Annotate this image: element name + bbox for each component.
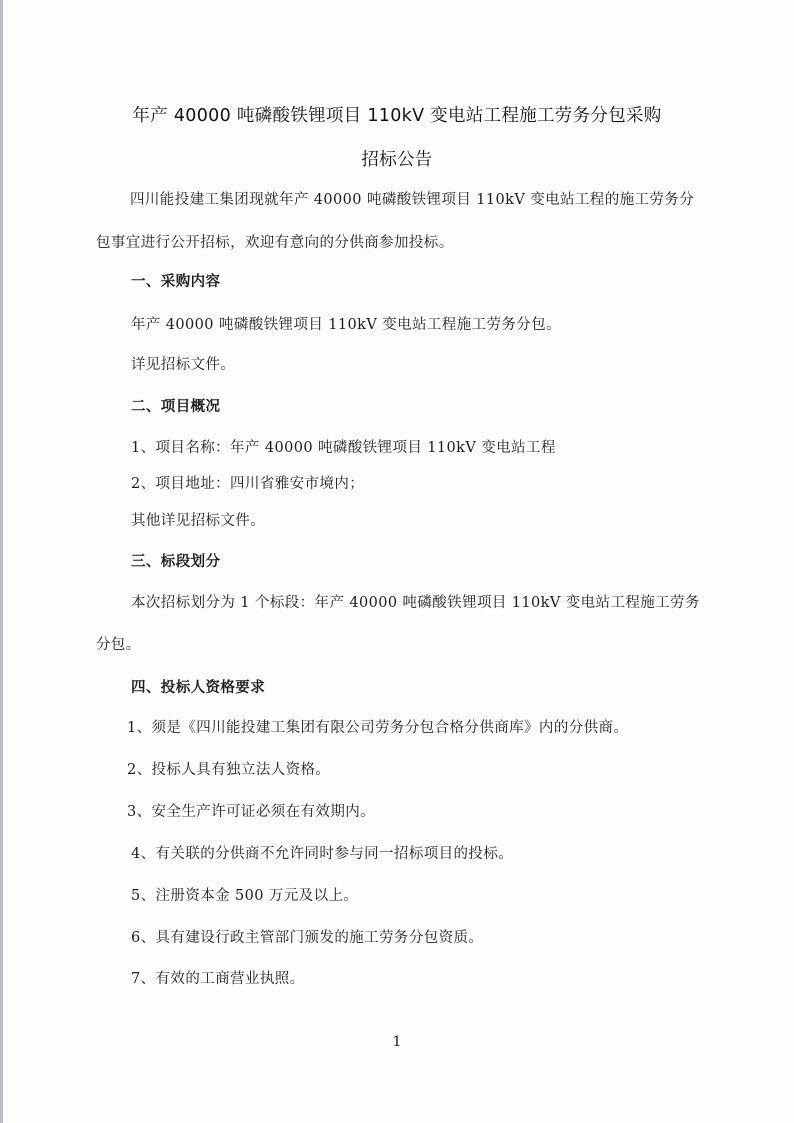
section-3-line-2: 分包。 [96, 633, 141, 654]
section-heading-lot-division: 三、标段划分 [131, 550, 220, 571]
section-2-line-2: 2、项目地址：四川省雅安市境内； [131, 472, 364, 493]
qualification-item-1: 1、须是《四川能投建工集团有限公司劳务分包合格分供商库》内的分供商。 [127, 716, 628, 737]
qualification-item-4: 4、有关联的分供商不允许同时参与同一招标项目的投标。 [131, 842, 513, 863]
intro-paragraph-line-1: 四川能投建工集团现就年产 40000 吨磷酸铁锂项目 110kV 变电站工程的施… [130, 188, 694, 209]
qualification-item-3: 3、安全生产许可证必须在有效期内。 [127, 800, 375, 821]
section-heading-procurement-content: 一、采购内容 [131, 270, 220, 291]
section-1-line-2: 详见招标文件。 [131, 353, 235, 374]
qualification-item-5: 5、注册资本金 500 万元及以上。 [131, 884, 358, 905]
section-heading-project-overview: 二、项目概况 [131, 395, 220, 416]
intro-paragraph-line-2: 包事宜进行公开招标，欢迎有意向的分供商参加投标。 [96, 231, 454, 252]
section-1-line-1: 年产 40000 吨磷酸铁锂项目 110kV 变电站工程施工劳务分包。 [131, 313, 561, 334]
document-title: 年产 40000 吨磷酸铁锂项目 110kV 变电站工程施工劳务分包采购 [0, 102, 794, 127]
qualification-item-7: 7、有效的工商营业执照。 [131, 967, 305, 988]
section-2-line-1: 1、项目名称：年产 40000 吨磷酸铁锂项目 110kV 变电站工程 [131, 436, 556, 457]
section-heading-bidder-qualifications: 四、投标人资格要求 [131, 676, 265, 697]
section-2-line-3: 其他详见招标文件。 [131, 509, 265, 530]
qualification-item-2: 2、投标人具有独立法人资格。 [127, 758, 330, 779]
document-subtitle: 招标公告 [0, 146, 794, 171]
qualification-item-6: 6、具有建设行政主管部门颁发的施工劳务分包资质。 [131, 926, 483, 947]
page-number: 1 [0, 1034, 794, 1050]
section-3-line-1: 本次招标划分为 1 个标段：年产 40000 吨磷酸铁锂项目 110kV 变电站… [131, 591, 700, 612]
